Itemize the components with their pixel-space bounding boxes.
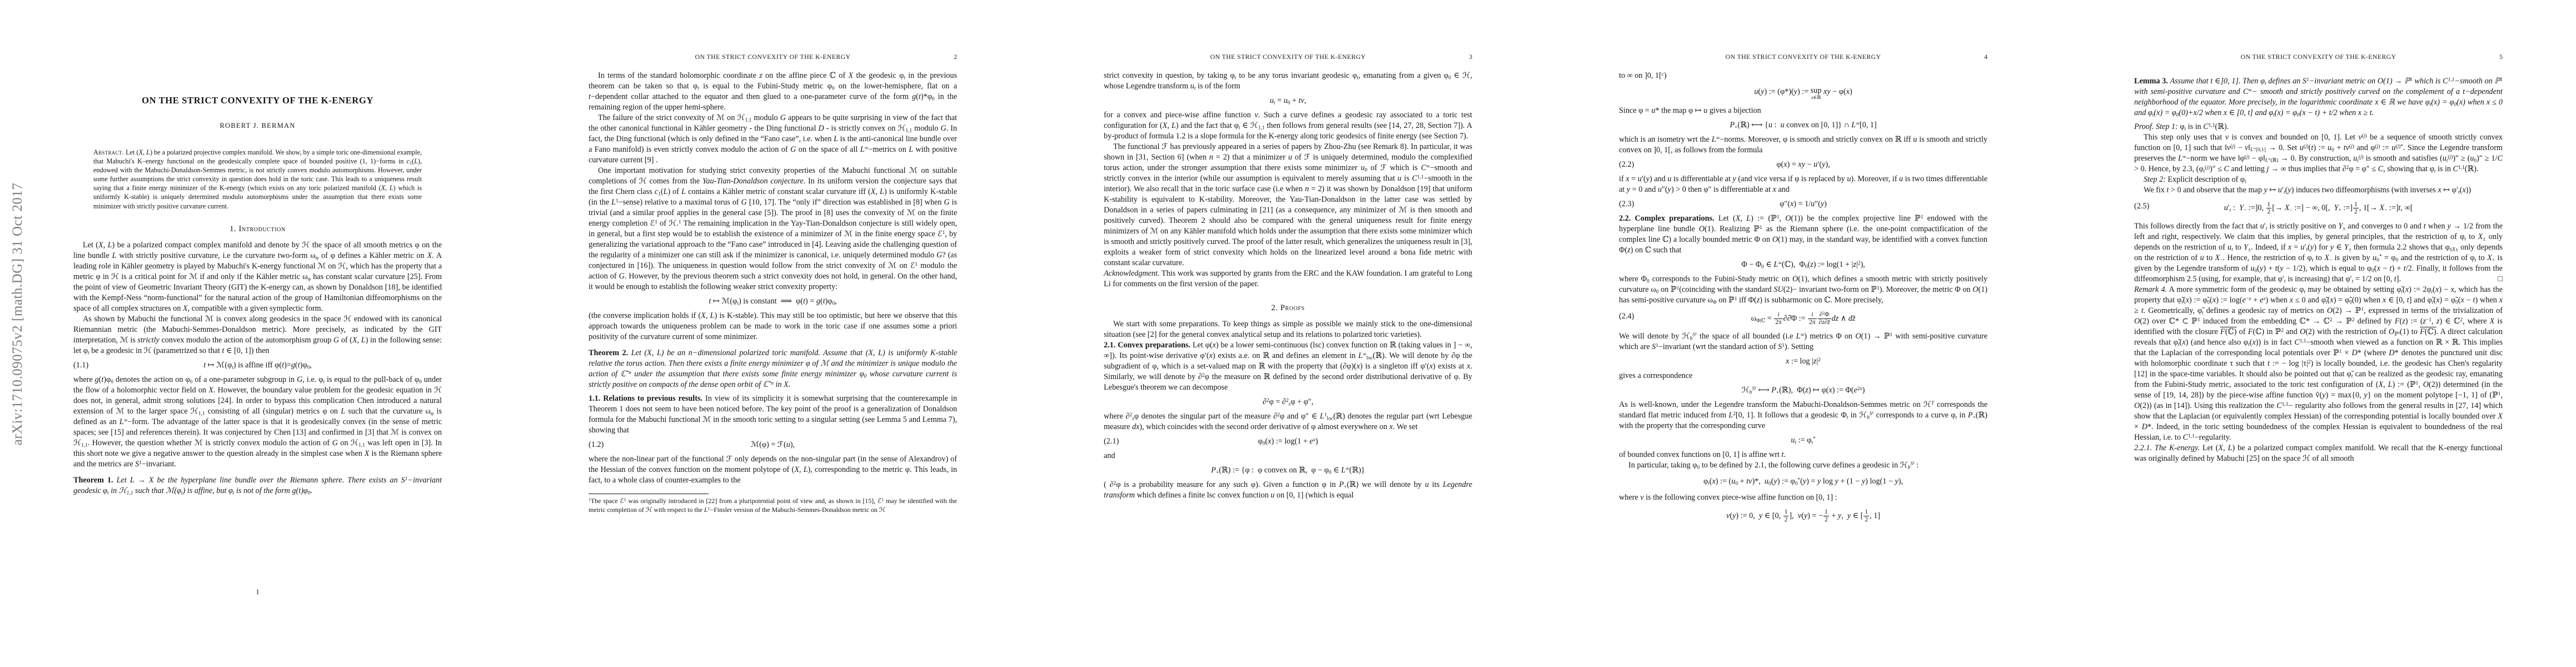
display-equation: P+(ℝ) ⟷ {u : u convex on [0, 1]} ∩ L∞[0,… [1619,120,1987,131]
equation-body: φ0(x) := log(1 + ex) [1258,437,1318,446]
paragraph: One important motivation for studying st… [589,166,957,292]
paragraph: Since φ = u* the map φ ↦ u gives a bijec… [1619,106,1987,116]
paragraph: where g(t)φ0 denotes the action on φ0 of… [73,375,442,470]
equation-body: ℳ(φ) = ℱ(u), [751,440,795,449]
abstract-text: Let (X, L) be a polarized projective com… [93,148,422,210]
equation-body: u′t : Y− :=]0, 12[→ X− :=] − ∞, 0[, Y+ :… [2224,203,2413,212]
equation-body: φt(x) := (u0 + tv)*, u0(y) := φ0*(y) = y… [1703,477,1903,486]
page-number: 5 [2499,53,2503,61]
running-title: ON THE STRICT CONVEXITY OF THE K-ENERGY [2241,53,2396,61]
paragraph: gives a correspondence [1619,371,1987,381]
subsection-label: 2.1. Convex preparations. [1104,341,1190,350]
remark-text: A more symmetric form of the geodesic φt… [2134,285,2503,442]
paragraph: We will denote by ℋbS¹ the space of all … [1619,331,1987,352]
display-equation: (2.2)φ(x) = xy − u′(y), [1619,160,1987,170]
equation-body: φ″(x) = 1/u″(y) [1780,200,1827,208]
remark-label: Remark 4. [2134,285,2167,294]
paragraph: This step only uses that v is convex and… [2134,132,2503,175]
paragraph: if x = u′(y) and u is differentiable at … [1619,174,1987,195]
paragraph: where ∂2sφ denotes the singular part of … [1104,411,1472,432]
paragraph: for a convex and piece-wise affine funct… [1104,110,1472,142]
equation-body: t ↦ ℳ(φt) is constant ⟹ φ(t) = g(t)φ0, [709,297,836,306]
display-equation: ut = u0 + tv, [1104,96,1472,106]
paragraph: The functional ℱ has previously appeared… [1104,142,1472,268]
paragraph: We start with some preparations. To keep… [1104,319,1472,340]
section-heading: 2. Proofs [1104,303,1472,313]
running-header: ON THE STRICT CONVEXITY OF THE K-ENERGY … [1104,53,1472,61]
running-header: ON THE STRICT CONVEXITY OF THE K-ENERGY … [1619,53,1987,61]
paragraph: strict convexity in question, by taking … [1104,71,1472,92]
page-number: 3 [1469,53,1472,61]
footnote: 1The space ℰ1 was originally introduced … [589,497,957,514]
page-number: 2 [954,53,957,61]
footnote-rule [589,494,709,494]
lemma-label: Lemma 3. [2134,77,2168,86]
paragraph: where the non-linear part of the functio… [589,454,957,486]
abstract-label: Abstract. [93,148,124,156]
running-title: ON THE STRICT CONVEXITY OF THE K-ENERGY [1726,53,1881,61]
subsection: 1.1. Relations to previous results. In v… [589,394,957,436]
page-2-body: In terms of the standard holomorphic coo… [589,71,957,514]
section-heading: 1. Introduction [73,224,442,235]
equation-body: u(y) := (φ*)(y) := supx∈ℝ xy − φ(x) [1754,87,1852,96]
paragraph: of bounded convex functions on [0, 1] is… [1619,450,1987,460]
abstract: Abstract. Let (X, L) be a polarized proj… [93,148,422,211]
running-title: ON THE STRICT CONVEXITY OF THE K-ENERGY [1210,53,1366,61]
theorem-text: Let (X, L) be an n−dimensional polarized… [589,349,957,389]
equation-number: (2.3) [1619,199,1634,210]
paragraph: which is an isometry wrt the L∞−norms. M… [1619,135,1987,156]
paragraph: ( ∂2φ is a probability measure for any s… [1104,480,1472,501]
theorem-label: Theorem 2. [589,349,628,357]
equation-body: ut = u0 + tv, [1270,96,1307,105]
equation-number: (1.1) [73,360,88,371]
equation-body: Φ − Φ0 ∈ L∞(ℂ), Φ0(z) := log(1 + |z|2), [1741,260,1865,269]
subsection-label: 2.2. Complex preparations. [1619,214,1715,223]
equation-body: P+(ℝ) := {φ : φ convex on ℝ, φ − φ0 ∈ L∞… [1211,466,1365,475]
lemma: Lemma 3. Assume that t ∈]0, 1]. Then φt … [2134,76,2503,118]
equation-number: (2.4) [1619,311,1634,322]
equation-number: (2.1) [1104,436,1119,447]
theorem-label: Theorem 1. [73,476,113,485]
display-equation: ut := φt* [1619,435,1987,446]
footnote-block: 1The space ℰ1 was originally introduced … [589,494,957,514]
page-1-body: ON THE STRICT CONVEXITY OF THE K-ENERGY … [73,0,442,500]
equation-body: φ(x) = xy − u′(y), [1776,160,1830,169]
display-equation: (2.5)u′t : Y− :=]0, 12[→ X− :=] − ∞, 0[,… [2134,201,2503,216]
equation-body: v(y) := 0, y ∈ [0, 12], v(y) = −12 + y, … [1726,511,1880,520]
page-4-body: to ∞ on ]0, 1[c) u(y) := (φ*)(y) := supx… [1619,71,1987,529]
remark: Remark 4. A more symmetric form of the g… [2134,285,2503,443]
theorem: Theorem 1. Let L → X be the hyperplane l… [73,475,442,496]
acknowledgment-text: This work was supported by grants from t… [1104,269,1472,288]
running-header: ON THE STRICT CONVEXITY OF THE K-ENERGY … [589,53,957,61]
acknowledgment: Acknowledgment. This work was supported … [1104,268,1472,290]
page-sheet-3: ON THE STRICT CONVEXITY OF THE K-ENERGY … [1030,0,1546,667]
proof-step: Step 2: Explicit description of φt [2134,175,2503,185]
display-equation: φt(x) := (u0 + tv)*, u0(y) := φ0*(y) = y… [1619,476,1987,487]
paragraph: The failure of the strict convexity of ℳ… [589,113,957,166]
paper-title: ON THE STRICT CONVEXITY OF THE K-ENERGY [73,94,442,106]
subsubsection-label: 2.2.1. The K-energy. [2134,444,2200,452]
theorem-text: Let L → X be the hyperplane line bundle … [73,476,442,495]
page-sheet-2: ON THE STRICT CONVEXITY OF THE K-ENERGY … [515,0,1030,667]
display-equation: v(y) := 0, y ∈ [0, 12], v(y) = −12 + y, … [1619,509,1987,523]
running-header: ON THE STRICT CONVEXITY OF THE K-ENERGY … [2134,53,2503,61]
display-equation: u(y) := (φ*)(y) := supx∈ℝ xy − φ(x) [1619,87,1987,100]
equation-body: ℋbS¹ ⟷ P+(ℝ), Φ(z) ↦ φ(x) := Φ(e2x) [1742,386,1865,395]
acknowledgment-label: Acknowledgment. [1104,269,1159,278]
paragraph: As shown by Mabuchi the functional ℳ is … [73,314,442,356]
equation-body: ut := φt* [1791,436,1815,445]
equation-number: (1.2) [589,440,604,450]
page-number: 1 [73,588,442,596]
display-equation: ℋbS¹ ⟷ P+(ℝ), Φ(z) ↦ φ(x) := Φ(e2x) [1619,385,1987,396]
subsubsection: 2.2.1. The K-energy. Let (X, L) be a pol… [2134,443,2503,464]
equation-number: (2.5) [2134,201,2149,212]
proof-step: Proof. Step 1: φt is in C1,1(ℝ). [2134,122,2503,132]
paragraph: This follows directly from the fact that… [2134,221,2503,285]
display-equation: (2.1)φ0(x) := log(1 + ex) [1104,436,1472,447]
author: ROBERT J. BERMAN [73,121,442,131]
paragraph: As is well-known, under the Legendre tra… [1619,400,1987,431]
running-title: ON THE STRICT CONVEXITY OF THE K-ENERGY [695,53,851,61]
display-equation: Φ − Φ0 ∈ L∞(ℂ), Φ0(z) := log(1 + |z|2), [1619,260,1987,270]
paragraph: We fix t > 0 and observe that the map y … [2134,185,2503,196]
page-5-body: Lemma 3. Assume that t ∈]0, 1]. Then φt … [2134,71,2503,464]
equation-body: P+(ℝ) ⟷ {u : u convex on [0, 1]} ∩ L∞[0,… [1730,121,1876,130]
screenshot-root: { "arxiv_watermark": "arXiv:1710.09075v2… [0,0,2576,667]
equation-number: (2.2) [1619,160,1634,170]
paragraph: In terms of the standard holomorphic coo… [589,71,957,113]
page-sheet-1: arXiv:1710.09075v2 [math.DG] 31 Oct 2017… [0,0,515,667]
subsection: 2.2. Complex preparations. Let (X, L) :=… [1619,213,1987,256]
paragraph: where v is the following convex piece-wi… [1619,492,1987,503]
page-sheet-5: ON THE STRICT CONVEXITY OF THE K-ENERGY … [2061,0,2576,667]
display-equation: (1.2)ℳ(φ) = ℱ(u), [589,440,957,450]
display-equation: (2.4)ωΦ|ℂ = i2π∂∂̄Φ := i2π∂2Φ∂z∂z̄dz ∧ d… [1619,311,1987,326]
paragraph: In particular, taking φ0 to be defined b… [1619,460,1987,471]
page-number: 4 [1984,53,1987,61]
subsection-label: 1.1. Relations to previous results. [589,394,702,403]
display-equation: ∂2φ = ∂2sφ + φ″, [1104,397,1472,407]
page-sheet-4: ON THE STRICT CONVEXITY OF THE K-ENERGY … [1546,0,2061,667]
paragraph: and [1104,451,1472,461]
equation-body: x := log |z|2 [1786,357,1821,366]
display-equation: (1.1)t ↦ ℳ(φt) is affine iff φ(t)=g(t)φ0… [73,360,442,371]
subsection: 2.1. Convex preparations. Let φ(x) be a … [1104,340,1472,393]
display-equation: P+(ℝ) := {φ : φ convex on ℝ, φ − φ0 ∈ L∞… [1104,465,1472,476]
paragraph: where Φ0 corresponds to the Fubini-Study… [1619,274,1987,306]
lemma-text: Assume that t ∈]0, 1]. Then φt defines a… [2134,77,2503,117]
display-equation: x := log |z|2 [1619,356,1987,367]
display-equation: (2.3)φ″(x) = 1/u″(y) [1619,199,1987,210]
equation-body: ωΦ|ℂ = i2π∂∂̄Φ := i2π∂2Φ∂z∂z̄dz ∧ dz̄ [1751,314,1856,323]
equation-body: t ↦ ℳ(φt) is affine iff φ(t)=g(t)φ0, [203,361,312,370]
display-equation: t ↦ ℳ(φt) is constant ⟹ φ(t) = g(t)φ0, [589,296,957,307]
paragraph: to ∞ on ]0, 1[c) [1619,71,1987,81]
arxiv-watermark: arXiv:1710.09075v2 [math.DG] 31 Oct 2017 [10,136,26,492]
equation-body: ∂2φ = ∂2sφ + φ″, [1263,397,1313,406]
paragraph: (the converse implication holds if (X, L… [589,311,957,342]
theorem: Theorem 2. Let (X, L) be an n−dimensiona… [589,348,957,390]
page-3-body: strict convexity in question, by taking … [1104,71,1472,501]
paragraph: Let (X, L) be a polarized compact comple… [73,240,442,314]
